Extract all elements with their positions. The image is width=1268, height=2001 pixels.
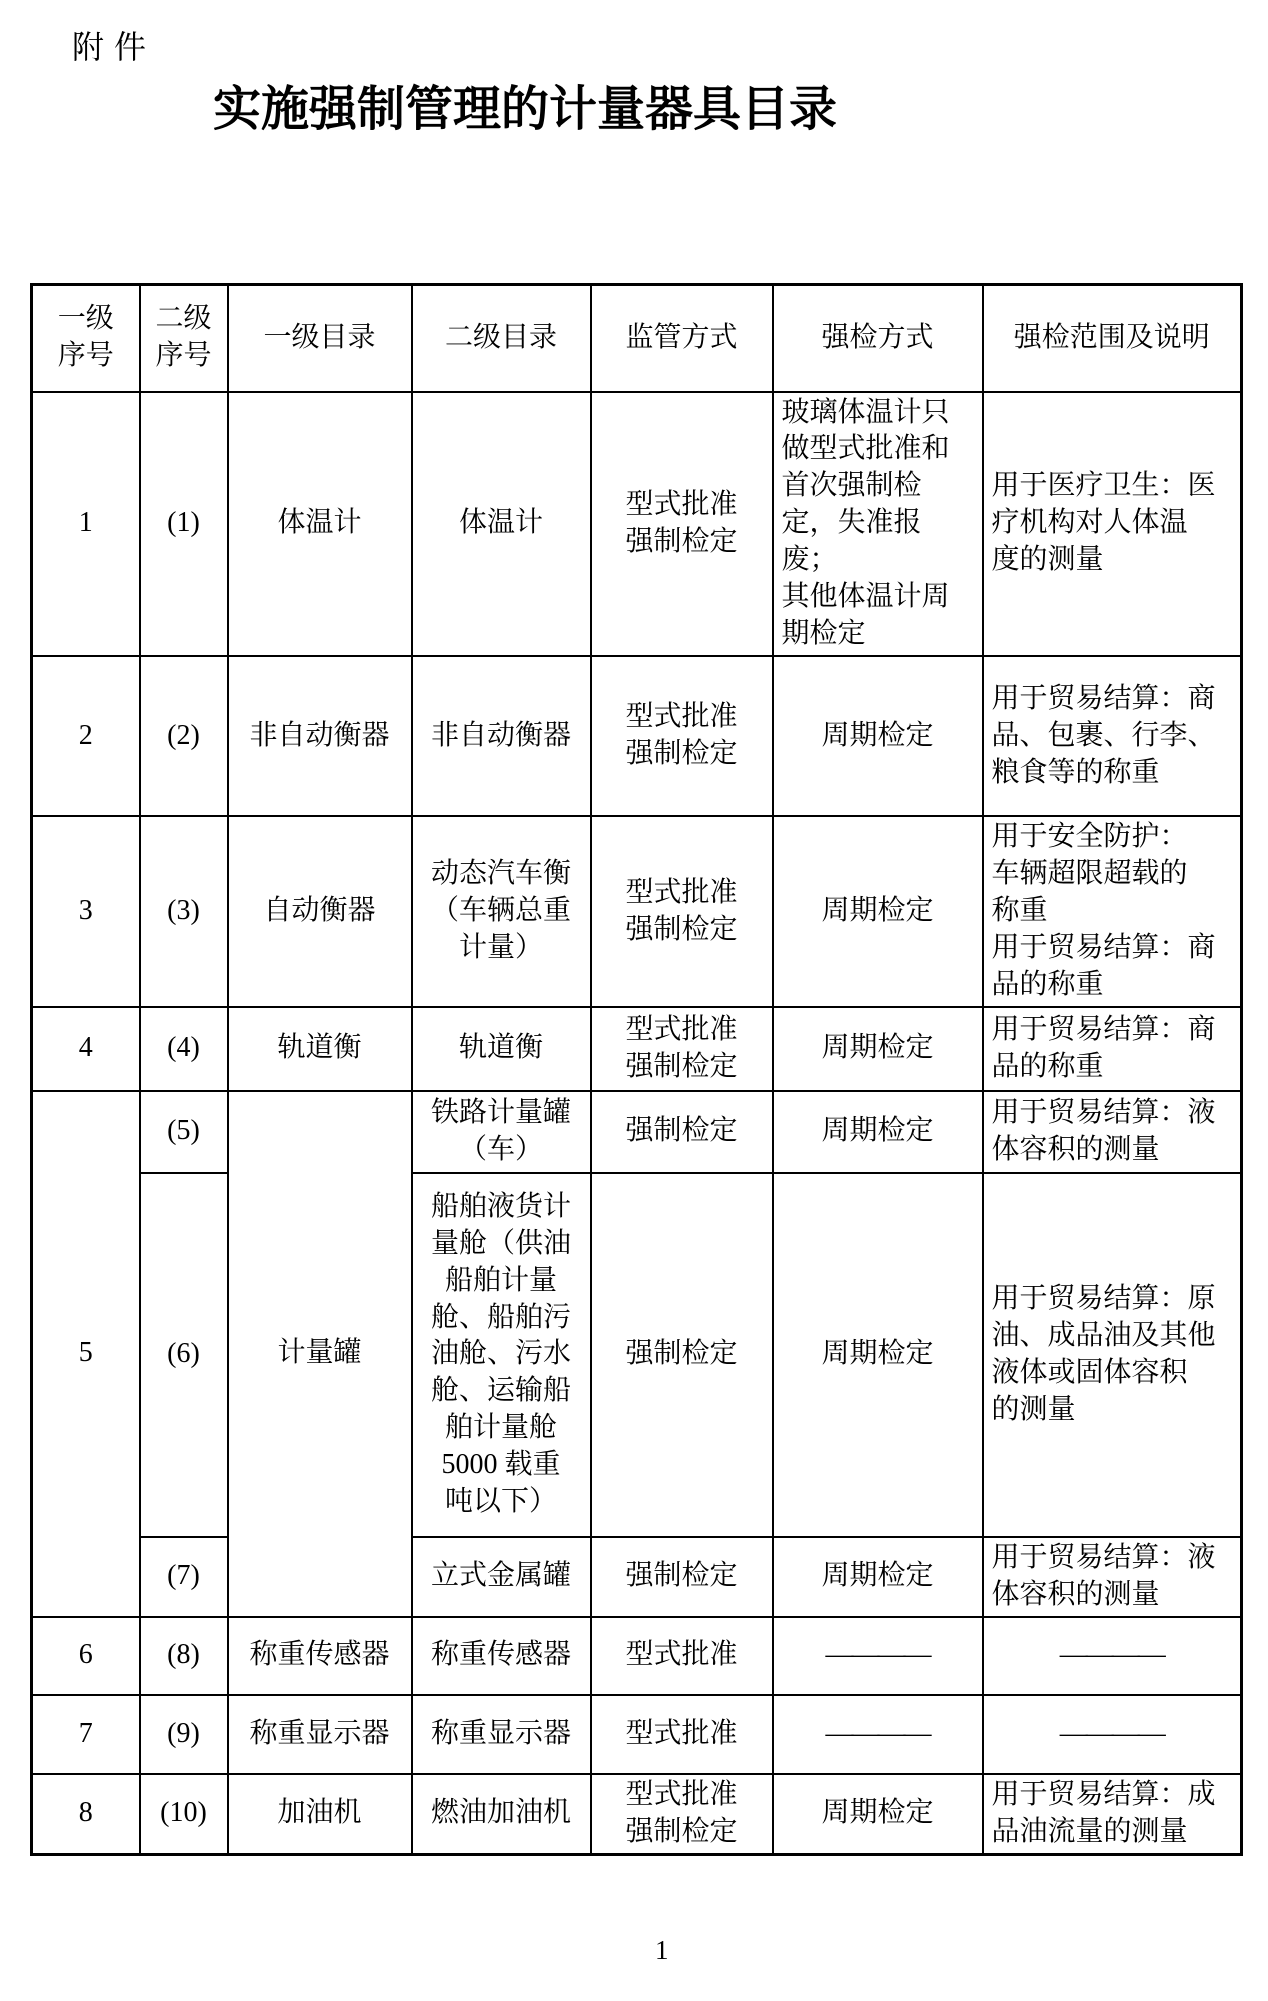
cell-r3-supervision: 型式批准 强制检定 [591,816,773,1007]
cell-r2-level1-no: 2 [32,656,140,816]
cell-r1-level1-catalog: 体温计 [228,392,412,657]
cell-r7-level2-catalog: 立式金属罐 [412,1537,591,1617]
cell-r10-inspection: 周期检定 [773,1774,983,1854]
cell-r5-level2-no: (5) [140,1091,228,1173]
cell-r10-supervision: 型式批准 强制检定 [591,1774,773,1854]
cell-r4-level1-no: 4 [32,1007,140,1091]
cell-r3-level2-catalog: 动态汽车衡 （车辆总重 计量） [412,816,591,1007]
cell-r8-level2-catalog: 称重传感器 [412,1617,591,1695]
cell-r4-level2-catalog: 轨道衡 [412,1007,591,1091]
cell-r3-scope: 用于安全防护： 车辆超限超载的 称重 用于贸易结算：商 品的称重 [983,816,1242,1007]
table-row: 7 (9) 称重显示器 称重显示器 型式批准 ———— ———— [32,1695,1242,1774]
cell-r8-supervision: 型式批准 [591,1617,773,1695]
page-title: 实施强制管理的计量器具目录 [213,70,837,139]
table-row: (6) 船舶液货计 量舱（供油 船舶计量 舱、船舶污 油舱、污水 舱、运输船 舶… [32,1173,1242,1537]
cell-r1-level1-no: 1 [32,392,140,657]
cell-r9-level2-no: (9) [140,1695,228,1774]
cell-r4-inspection: 周期检定 [773,1007,983,1091]
cell-r2-level2-catalog: 非自动衡器 [412,656,591,816]
cell-r10-scope: 用于贸易结算：成 品油流量的测量 [983,1774,1242,1854]
cell-r10-level2-no: (10) [140,1774,228,1854]
cell-r9-level1-no: 7 [32,1695,140,1774]
table-row: (7) 立式金属罐 强制检定 周期检定 用于贸易结算：液 体容积的测量 [32,1537,1242,1617]
cell-r8-level1-no: 6 [32,1617,140,1695]
cell-r10-level1-catalog: 加油机 [228,1774,412,1854]
cell-r9-supervision: 型式批准 [591,1695,773,1774]
cell-r4-level1-catalog: 轨道衡 [228,1007,412,1091]
cell-r3-level1-catalog: 自动衡器 [228,816,412,1007]
cell-r2-supervision: 型式批准 强制检定 [591,656,773,816]
table-row: 4 (4) 轨道衡 轨道衡 型式批准 强制检定 周期检定 用于贸易结算：商 品的… [32,1007,1242,1091]
cell-r8-level2-no: (8) [140,1617,228,1695]
header-supervision-mode: 监管方式 [591,285,773,392]
catalog-table: 一级 序号 二级 序号 一级目录 二级目录 监管方式 强检方式 强检范围及说明 … [30,283,1243,1856]
cell-r7-inspection: 周期检定 [773,1537,983,1617]
cell-r1-level2-catalog: 体温计 [412,392,591,657]
cell-r5-inspection: 周期检定 [773,1091,983,1173]
cell-r9-inspection-dash: ———— [773,1695,983,1774]
cell-r9-level1-catalog: 称重显示器 [228,1695,412,1774]
cell-r7-scope: 用于贸易结算：液 体容积的测量 [983,1537,1242,1617]
cell-r6-level2-catalog: 船舶液货计 量舱（供油 船舶计量 舱、船舶污 油舱、污水 舱、运输船 舶计量舱 … [412,1173,591,1537]
table-row: 1 (1) 体温计 体温计 型式批准 强制检定 玻璃体温计只 做型式批准和 首次… [32,392,1242,657]
cell-r8-inspection-dash: ———— [773,1617,983,1695]
cell-r1-inspection: 玻璃体温计只 做型式批准和 首次强制检 定，失准报废； 其他体温计周 期检定 [773,392,983,657]
cell-r6-scope: 用于贸易结算：原 油、成品油及其他 液体或固体容积 的测量 [983,1173,1242,1537]
cell-r4-level2-no: (4) [140,1007,228,1091]
table-row: 2 (2) 非自动衡器 非自动衡器 型式批准 强制检定 周期检定 用于贸易结算：… [32,656,1242,816]
cell-r8-scope-dash: ———— [983,1617,1242,1695]
cell-r5-level1-catalog: 计量罐 [228,1091,412,1617]
cell-r2-level2-no: (2) [140,656,228,816]
cell-r10-level2-catalog: 燃油加油机 [412,1774,591,1854]
cell-r1-scope: 用于医疗卫生：医 疗机构对人体温 度的测量 [983,392,1242,657]
table-row: 8 (10) 加油机 燃油加油机 型式批准 强制检定 周期检定 用于贸易结算：成… [32,1774,1242,1854]
cell-r5-level2-catalog: 铁路计量罐 （车） [412,1091,591,1173]
table-row: 5 (5) 计量罐 铁路计量罐 （车） 强制检定 周期检定 用于贸易结算：液 体… [32,1091,1242,1173]
cell-r3-level1-no: 3 [32,816,140,1007]
cell-r10-level1-no: 8 [32,1774,140,1854]
cell-r3-level2-no: (3) [140,816,228,1007]
table-row: 3 (3) 自动衡器 动态汽车衡 （车辆总重 计量） 型式批准 强制检定 周期检… [32,816,1242,1007]
cell-r8-level1-catalog: 称重传感器 [228,1617,412,1695]
cell-r7-level2-no: (7) [140,1537,228,1617]
header-level1-no: 一级 序号 [32,285,140,392]
cell-r6-supervision: 强制检定 [591,1173,773,1537]
cell-r2-level1-catalog: 非自动衡器 [228,656,412,816]
cell-r4-supervision: 型式批准 强制检定 [591,1007,773,1091]
cell-r4-scope: 用于贸易结算：商 品的称重 [983,1007,1242,1091]
cell-r5-supervision: 强制检定 [591,1091,773,1173]
page-number: 1 [655,1935,669,1966]
cell-r5-scope: 用于贸易结算：液 体容积的测量 [983,1091,1242,1173]
header-scope-note: 强检范围及说明 [983,285,1242,392]
header-level2-catalog: 二级目录 [412,285,591,392]
cell-r2-scope: 用于贸易结算：商 品、包裹、行李、 粮食等的称重 [983,656,1242,816]
cell-r1-supervision: 型式批准 强制检定 [591,392,773,657]
cell-r1-level2-no: (1) [140,392,228,657]
cell-r6-level2-no: (6) [140,1173,228,1537]
header-level2-no: 二级 序号 [140,285,228,392]
document-page: 附件 实施强制管理的计量器具目录 一级 序号 二级 序号 一级目录 二级目录 监… [0,0,1268,2001]
attachment-label: 附件 [72,22,156,68]
cell-r5-level1-no: 5 [32,1091,140,1617]
header-inspection-mode: 强检方式 [773,285,983,392]
cell-r9-scope-dash: ———— [983,1695,1242,1774]
cell-r6-inspection: 周期检定 [773,1173,983,1537]
header-level1-catalog: 一级目录 [228,285,412,392]
cell-r3-inspection: 周期检定 [773,816,983,1007]
table-row: 6 (8) 称重传感器 称重传感器 型式批准 ———— ———— [32,1617,1242,1695]
cell-r9-level2-catalog: 称重显示器 [412,1695,591,1774]
cell-r2-inspection: 周期检定 [773,656,983,816]
cell-r7-supervision: 强制检定 [591,1537,773,1617]
header-row: 一级 序号 二级 序号 一级目录 二级目录 监管方式 强检方式 强检范围及说明 [32,285,1242,392]
